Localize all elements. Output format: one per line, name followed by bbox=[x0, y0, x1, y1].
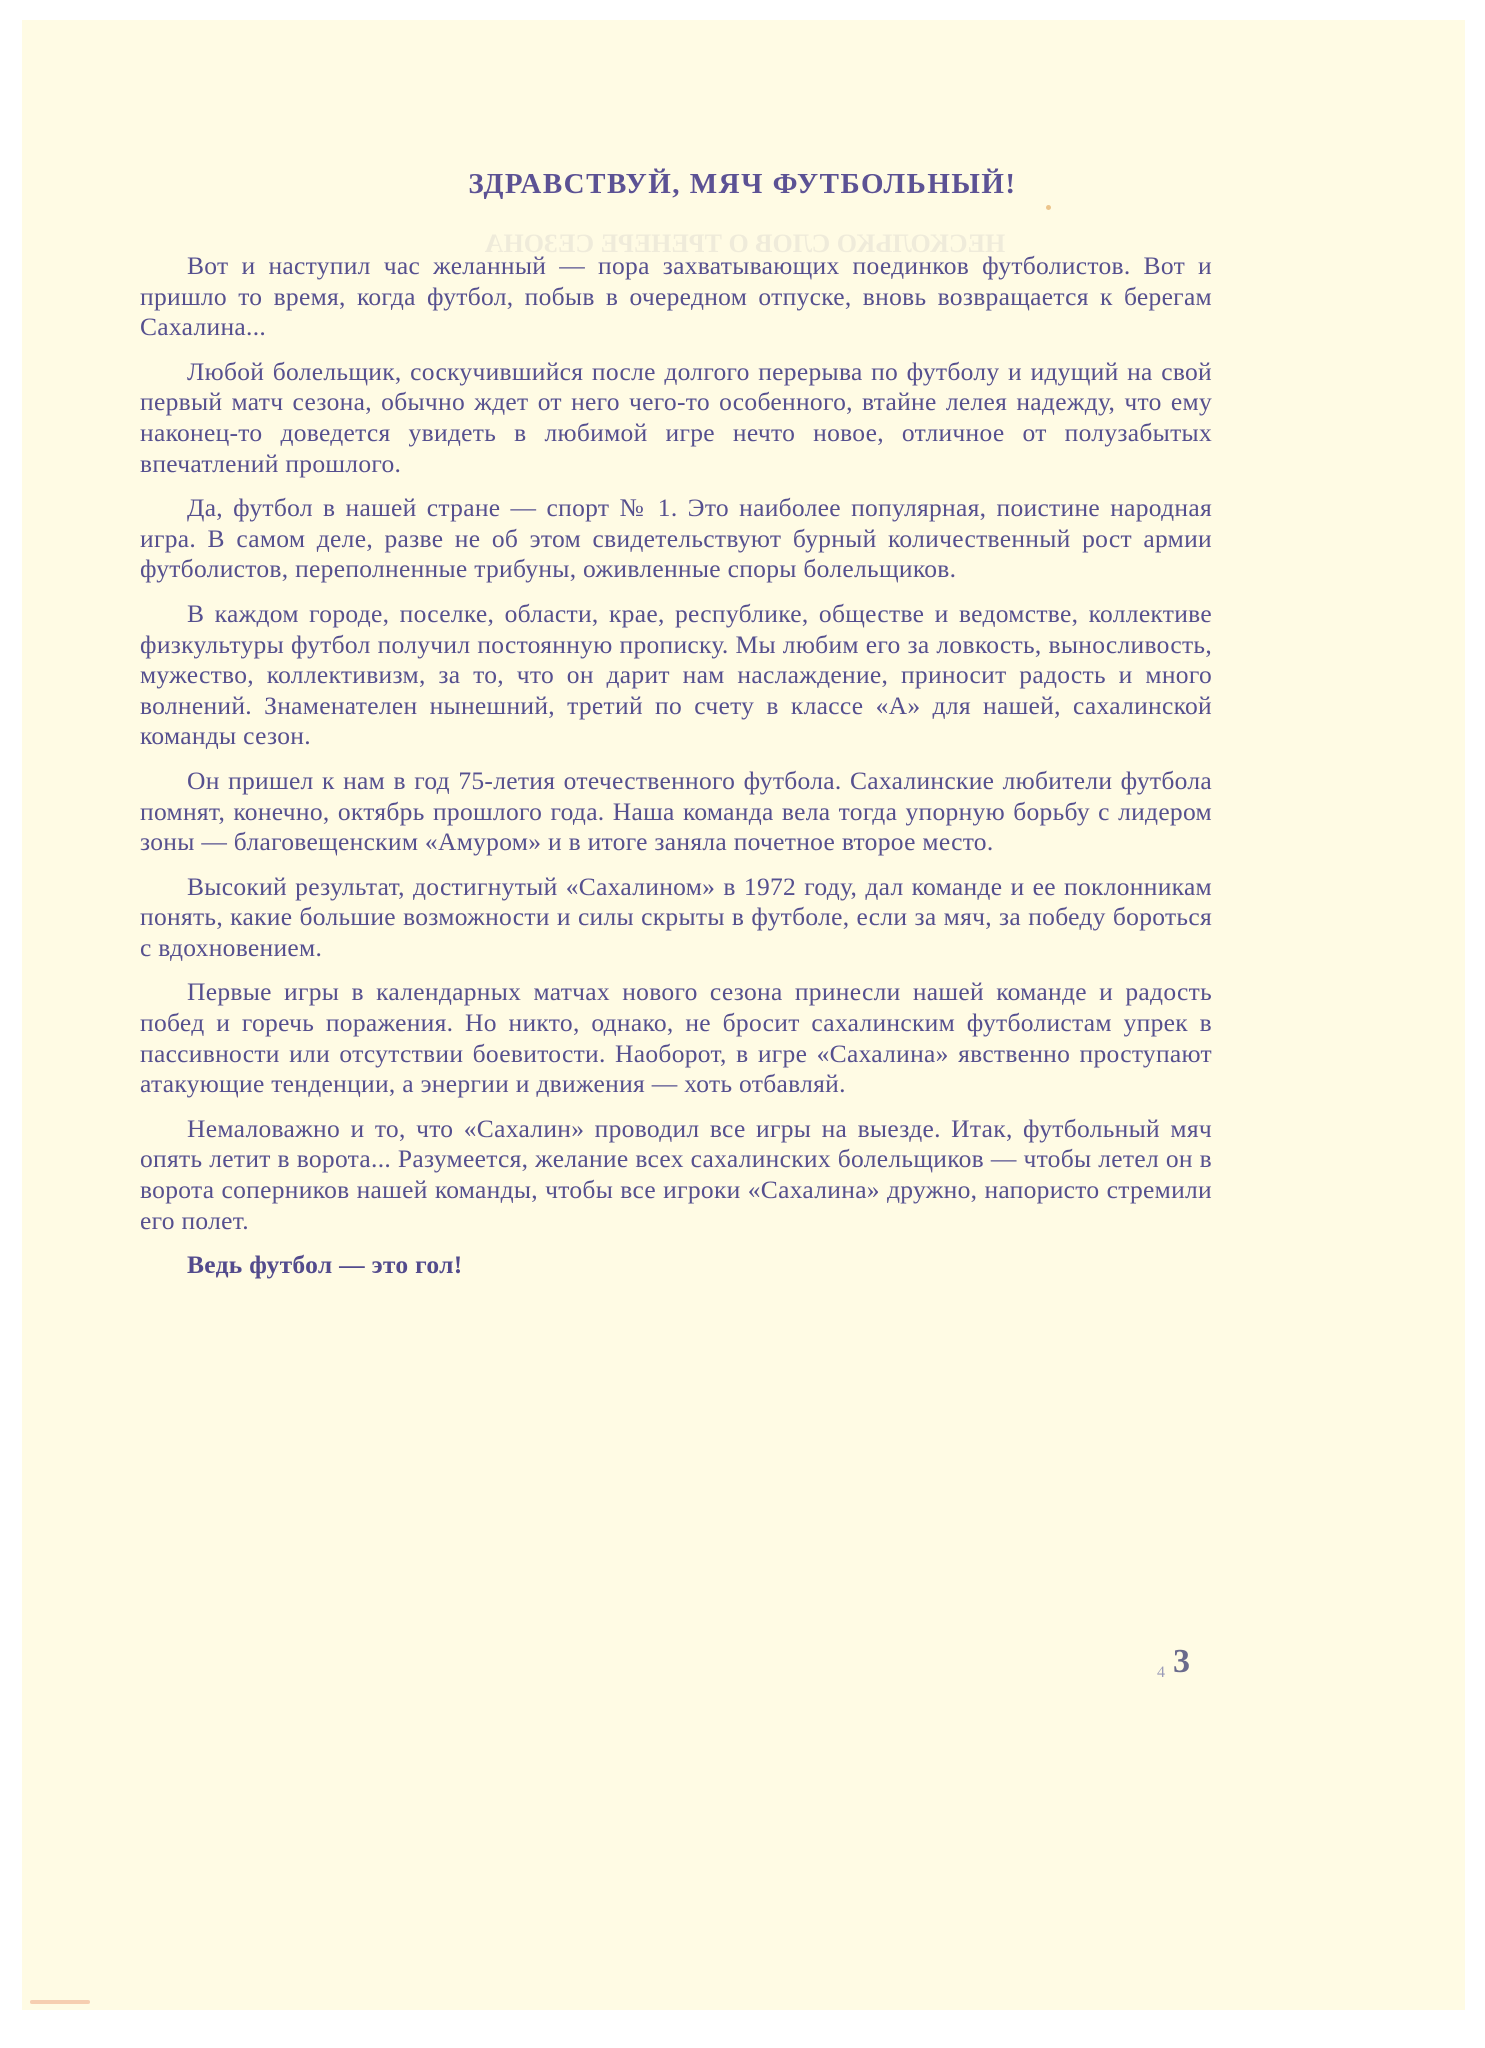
paragraph-2: Любой болельщик, соскучившийся после дол… bbox=[140, 357, 1212, 479]
paragraph-4: В каждом городе, поселке, области, крае,… bbox=[140, 599, 1212, 752]
page-number: 3 bbox=[1173, 1643, 1190, 1681]
article-body: Вот и наступил час желанный — пора захва… bbox=[140, 251, 1212, 1281]
margin-pencil-mark: 4 bbox=[1157, 1664, 1165, 1682]
closing-line: Ведь футбол — это гол! bbox=[140, 1250, 1212, 1281]
paragraph-8: Немаловажно и то, что «Сахалин» проводил… bbox=[140, 1114, 1212, 1236]
paragraph-1: Вот и наступил час желанный — пора захва… bbox=[140, 251, 1212, 343]
page-title: ЗДРАВСТВУЙ, МЯЧ ФУТБОЛЬНЫЙ! bbox=[0, 168, 1485, 201]
paragraph-7: Первые игры в календарных матчах нового … bbox=[140, 977, 1212, 1099]
paper-stain bbox=[1046, 205, 1051, 210]
paragraph-5: Он пришел к нам в год 75-летия отечестве… bbox=[140, 766, 1212, 858]
paragraph-6: Высокий результат, достигнутый «Сахалино… bbox=[140, 872, 1212, 964]
paper-stain bbox=[30, 2000, 90, 2004]
paragraph-3: Да, футбол в нашей стране — спорт № 1. Э… bbox=[140, 493, 1212, 585]
